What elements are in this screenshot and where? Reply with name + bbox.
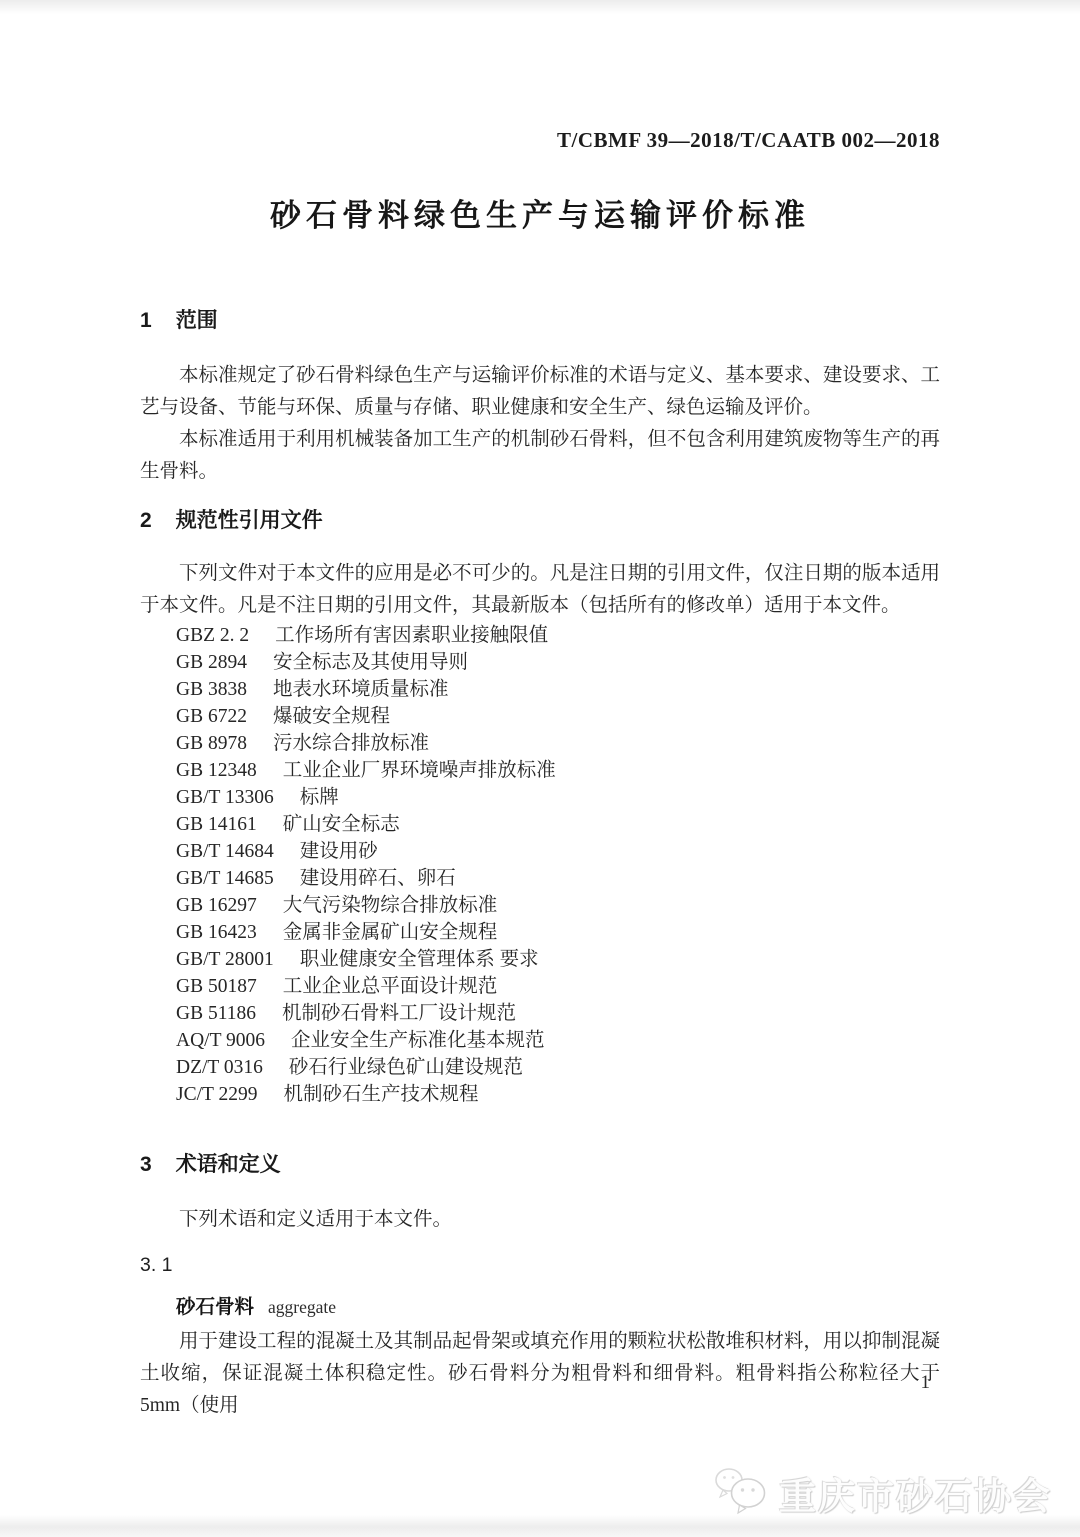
reference-title: 建设用碎石、卵石 bbox=[300, 868, 456, 889]
reference-item: GB 50187工业企业总平面设计规范 bbox=[176, 973, 940, 1000]
term-definition: 用于建设工程的混凝土及其制品起骨架或填充作用的颗粒状松散堆积材料，用以抑制混凝土… bbox=[140, 1326, 940, 1422]
reference-item: JC/T 2299机制砂石生产技术规程 bbox=[176, 1081, 940, 1108]
section-heading-scope: 1范围 bbox=[140, 308, 940, 334]
watermark: 重庆市砂石协会 bbox=[713, 1464, 1052, 1521]
reference-title: 大气污染物综合排放标准 bbox=[283, 895, 498, 916]
references-list: GBZ 2. 2工作场所有害因素职业接触限值 GB 2894安全标志及其使用导则… bbox=[140, 622, 940, 1108]
reference-code: GB 6722 bbox=[176, 703, 247, 730]
reference-code: GB/T 14685 bbox=[176, 865, 274, 892]
paragraph: 下列文件对于本文件的应用是必不可少的。凡是注日期的引用文件，仅注日期的版本适用于… bbox=[140, 558, 940, 622]
reference-code: GB 3838 bbox=[176, 676, 247, 703]
section-number: 2 bbox=[140, 508, 152, 534]
standard-code: T/CBMF 39—2018/T/CAATB 002—2018 bbox=[140, 128, 940, 152]
reference-item: GB 6722爆破安全规程 bbox=[176, 703, 940, 730]
reference-item: DZ/T 0316砂石行业绿色矿山建设规范 bbox=[176, 1054, 940, 1081]
reference-item: GB/T 28001职业健康安全管理体系 要求 bbox=[176, 946, 940, 973]
reference-code: DZ/T 0316 bbox=[176, 1054, 263, 1081]
reference-item: GB/T 13306标牌 bbox=[176, 784, 940, 811]
reference-title: 职业健康安全管理体系 要求 bbox=[300, 949, 539, 970]
reference-title: 污水综合排放标准 bbox=[273, 733, 429, 754]
reference-item: GBZ 2. 2工作场所有害因素职业接触限值 bbox=[176, 622, 940, 649]
reference-code: GB/T 28001 bbox=[176, 946, 274, 973]
page-edge-bottom bbox=[0, 1515, 1080, 1537]
reference-code: GB/T 13306 bbox=[176, 784, 274, 811]
reference-code: GBZ 2. 2 bbox=[176, 622, 249, 649]
page-title: 砂石骨料绿色生产与运输评价标准 bbox=[140, 196, 940, 236]
reference-code: GB 16423 bbox=[176, 919, 257, 946]
reference-code: AQ/T 9006 bbox=[176, 1027, 265, 1054]
reference-title: 金属非金属矿山安全规程 bbox=[283, 922, 498, 943]
paragraph: 本标准适用于利用机械装备加工生产的机制砂石骨料，但不包含利用建筑废物等生产的再生… bbox=[140, 424, 940, 488]
section-title: 术语和定义 bbox=[176, 1153, 281, 1176]
reference-code: GB 50187 bbox=[176, 973, 257, 1000]
reference-title: 砂石行业绿色矿山建设规范 bbox=[289, 1057, 523, 1078]
page-number: 1 bbox=[921, 1372, 931, 1394]
reference-title: 工作场所有害因素职业接触限值 bbox=[275, 625, 548, 646]
reference-code: JC/T 2299 bbox=[176, 1081, 257, 1108]
reference-title: 工业企业总平面设计规范 bbox=[283, 976, 498, 997]
reference-item: AQ/T 9006企业安全生产标准化基本规范 bbox=[176, 1027, 940, 1054]
reference-title: 工业企业厂界环境噪声排放标准 bbox=[283, 760, 556, 781]
reference-item: GB 3838地表水环境质量标准 bbox=[176, 676, 940, 703]
reference-title: 机制砂石骨料工厂设计规范 bbox=[282, 1003, 516, 1024]
section-title: 范围 bbox=[176, 309, 218, 332]
reference-title: 安全标志及其使用导则 bbox=[273, 652, 468, 673]
reference-title: 建设用砂 bbox=[300, 841, 378, 862]
reference-title: 地表水环境质量标准 bbox=[273, 679, 449, 700]
term-number: 3. 1 bbox=[140, 1253, 940, 1277]
section-number: 1 bbox=[140, 308, 152, 334]
reference-code: GB 16297 bbox=[176, 892, 257, 919]
reference-item: GB 2894安全标志及其使用导则 bbox=[176, 649, 940, 676]
section-title: 规范性引用文件 bbox=[176, 509, 323, 532]
reference-code: GB 2894 bbox=[176, 649, 247, 676]
section-heading-normative-references: 2规范性引用文件 bbox=[140, 508, 940, 534]
reference-item: GB 16297大气污染物综合排放标准 bbox=[176, 892, 940, 919]
page-edge-top bbox=[0, 0, 1080, 14]
document-content: T/CBMF 39—2018/T/CAATB 002—2018 砂石骨料绿色生产… bbox=[0, 0, 1080, 1422]
term-english: aggregate bbox=[268, 1297, 336, 1317]
section-number: 3 bbox=[140, 1152, 152, 1178]
reference-code: GB 14161 bbox=[176, 811, 257, 838]
paragraph: 本标准规定了砂石骨料绿色生产与运输评价标准的术语与定义、基本要求、建设要求、工艺… bbox=[140, 360, 940, 424]
reference-item: GB 12348工业企业厂界环境噪声排放标准 bbox=[176, 757, 940, 784]
reference-title: 标牌 bbox=[300, 787, 339, 808]
reference-title: 机制砂石生产技术规程 bbox=[283, 1084, 478, 1105]
reference-code: GB/T 14684 bbox=[176, 838, 274, 865]
reference-title: 爆破安全规程 bbox=[273, 706, 390, 727]
reference-item: GB/T 14684建设用砂 bbox=[176, 838, 940, 865]
reference-title: 矿山安全标志 bbox=[283, 814, 400, 835]
watermark-text: 重庆市砂石协会 bbox=[779, 1466, 1052, 1520]
reference-code: GB 12348 bbox=[176, 757, 257, 784]
paragraph: 下列术语和定义适用于本文件。 bbox=[140, 1206, 940, 1233]
term-name: 砂石骨料 bbox=[176, 1296, 254, 1318]
reference-title: 企业安全生产标准化基本规范 bbox=[291, 1030, 545, 1051]
scope-paragraphs: 本标准规定了砂石骨料绿色生产与运输评价标准的术语与定义、基本要求、建设要求、工艺… bbox=[140, 360, 940, 488]
term-entry: 砂石骨料aggregate bbox=[140, 1295, 940, 1320]
reference-item: GB 16423金属非金属矿山安全规程 bbox=[176, 919, 940, 946]
reference-item: GB/T 14685建设用碎石、卵石 bbox=[176, 865, 940, 892]
reference-code: GB 8978 bbox=[176, 730, 247, 757]
document-page: { "header": { "standard_code": "T/CBMF 3… bbox=[0, 0, 1080, 1537]
section-heading-terms: 3术语和定义 bbox=[140, 1152, 940, 1178]
reference-item: GB 8978污水综合排放标准 bbox=[176, 730, 940, 757]
reference-item: GB 51186机制砂石骨料工厂设计规范 bbox=[176, 1000, 940, 1027]
wechat-icon bbox=[713, 1464, 769, 1521]
reference-code: GB 51186 bbox=[176, 1000, 256, 1027]
reference-item: GB 14161矿山安全标志 bbox=[176, 811, 940, 838]
